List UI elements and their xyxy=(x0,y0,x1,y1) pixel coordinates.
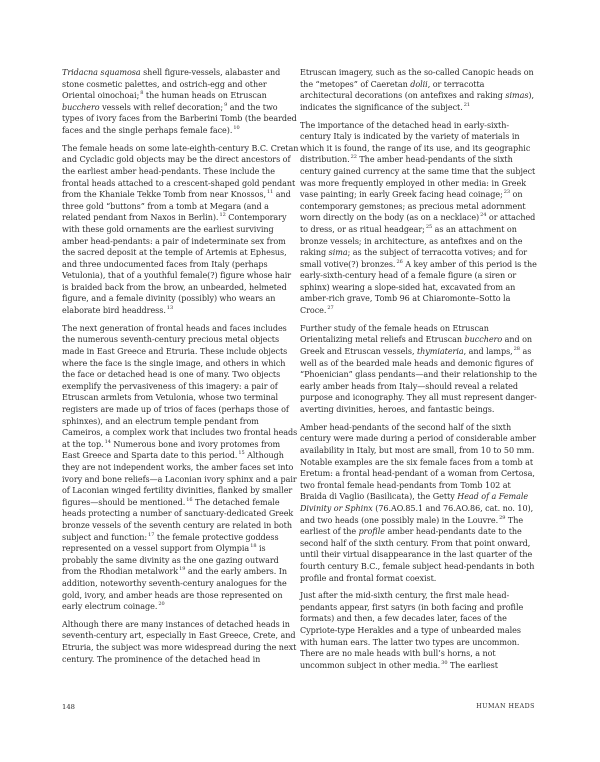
italic-term: bucchero xyxy=(465,335,503,344)
italic-term: bucchero xyxy=(62,103,100,112)
footnote-ref: 8 xyxy=(140,90,143,96)
page-number: 148 xyxy=(62,703,75,711)
footnote-ref: 29 xyxy=(499,515,505,521)
footnote-ref: 9 xyxy=(224,102,227,108)
footnote-ref: 18 xyxy=(250,543,256,549)
footnote-ref: 23 xyxy=(504,189,510,195)
footnote-ref: 17 xyxy=(148,532,154,538)
footnote-ref: 16 xyxy=(186,497,192,503)
footnote-ref: 11 xyxy=(267,189,273,195)
footnote-ref: 26 xyxy=(396,259,402,265)
book-page: Tridacna squamosa shell figure-vessels, … xyxy=(0,0,600,762)
footnote-ref: 13 xyxy=(167,305,173,311)
italic-term: sima xyxy=(329,248,348,257)
footnote-ref: 30 xyxy=(441,660,447,666)
footnote-ref: 28 xyxy=(514,346,520,352)
footnote-ref: 15 xyxy=(238,450,244,456)
italic-term: dolii xyxy=(410,80,427,89)
paragraph: Just after the mid-sixth century, the fi… xyxy=(300,590,538,671)
running-head: HUMAN HEADS xyxy=(476,703,535,710)
italic-term: Head of a Female Divinity or Sphinx xyxy=(300,492,528,513)
italic-term: simas xyxy=(505,91,528,100)
footnote-ref: 10 xyxy=(233,125,239,131)
paragraph: The female heads on some late-eighth-cen… xyxy=(62,143,300,317)
footnote-ref: 25 xyxy=(426,224,432,230)
paragraph: The next generation of frontal heads and… xyxy=(62,323,300,613)
paragraph: The importance of the detached head in e… xyxy=(300,120,538,317)
left-column: Tridacna squamosa shell figure-vessels, … xyxy=(62,67,300,671)
paragraph: Further study of the female heads on Etr… xyxy=(300,323,538,416)
paragraph: Amber head-pendants of the second half o… xyxy=(300,422,538,584)
footnote-ref: 12 xyxy=(219,212,225,218)
right-column: Etruscan imagery, such as the so-called … xyxy=(300,67,538,678)
paragraph: Etruscan imagery, such as the so-called … xyxy=(300,67,538,113)
paragraph: Although there are many instances of det… xyxy=(62,619,300,665)
footnote-ref: 14 xyxy=(105,439,111,445)
footnote-ref: 21 xyxy=(464,102,470,108)
italic-term: Tridacna squamosa xyxy=(62,68,141,77)
italic-term: profile xyxy=(359,527,385,536)
footnote-ref: 27 xyxy=(327,305,333,311)
footnote-ref: 24 xyxy=(480,212,486,218)
footnote-ref: 19 xyxy=(179,566,185,572)
footnote-ref: 20 xyxy=(158,601,164,607)
footnote-ref: 22 xyxy=(351,154,357,160)
italic-term: thymiateria xyxy=(417,347,464,356)
paragraph: Tridacna squamosa shell figure-vessels, … xyxy=(62,67,300,137)
